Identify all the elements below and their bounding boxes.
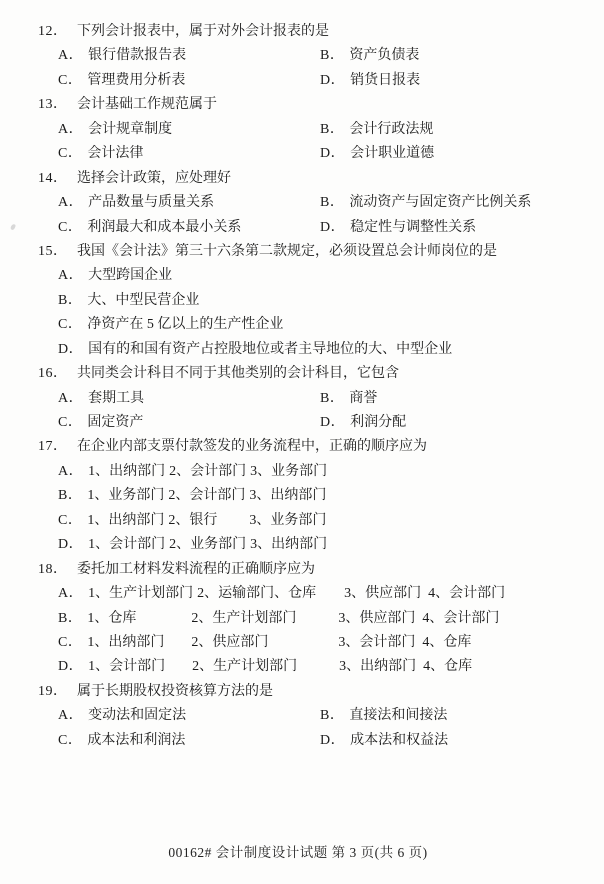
option-label: C． bbox=[58, 220, 82, 235]
option-text: 利润最大和成本最小关系 bbox=[87, 220, 241, 235]
option-row: C．净资产在 5 亿以上的生产性企业 bbox=[0, 313, 604, 337]
question-options: A．会计规章制度B．会计行政法规C．会计法律D．会计职业道德 bbox=[0, 118, 604, 167]
option-text: 成本法和权益法 bbox=[350, 733, 448, 748]
option-segment: 3、业务部门 bbox=[250, 460, 327, 484]
option-label: B． bbox=[320, 391, 344, 406]
option: B．商誉 bbox=[320, 387, 377, 411]
option-segment: 1、出纳部门 bbox=[88, 460, 165, 484]
option-label: A． bbox=[58, 48, 83, 63]
option-segment: 2、业务部门 bbox=[169, 533, 246, 557]
option: A．大型跨国企业 bbox=[58, 264, 172, 288]
question-12: 12． 下列会计报表中，属于对外会计报表的是 A．银行借款报告表B．资产负债表C… bbox=[0, 20, 604, 93]
option: A．1、出纳部门2、会计部门3、业务部门 bbox=[58, 460, 331, 484]
option-row: C．成本法和利润法D．成本法和权益法 bbox=[0, 729, 604, 753]
option: C．固定资产 bbox=[58, 411, 320, 435]
question-number: 12． bbox=[38, 24, 68, 39]
option-row: C．会计法律D．会计职业道德 bbox=[0, 142, 604, 166]
question-stem: 在企业内部支票付款签发的业务流程中，正确的顺序应为 bbox=[77, 439, 427, 454]
option-text: 成本法和利润法 bbox=[87, 733, 185, 748]
option-segment: 1、会计部门 bbox=[88, 533, 165, 557]
question-stem-line: 13． 会计基础工作规范属于 bbox=[0, 93, 604, 117]
option-row: A．变动法和固定法B．直接法和间接法 bbox=[0, 704, 604, 728]
option-segment: 3、供应部门 bbox=[338, 607, 418, 631]
question-number: 16． bbox=[38, 366, 68, 381]
option-segment: 3、会计部门 bbox=[338, 631, 418, 655]
question-18: 18． 委托加工材料发料流程的正确顺序应为 A．1、生产计划部门2、运输部门、仓… bbox=[0, 558, 604, 680]
option: D．成本法和权益法 bbox=[320, 729, 448, 753]
option-text: 销货日报表 bbox=[350, 73, 420, 88]
option-row: A．1、生产计划部门2、运输部门、仓库3、供应部门4、会计部门 bbox=[0, 582, 604, 606]
option-row: D．1、会计部门2、生产计划部门3、出纳部门4、仓库 bbox=[0, 655, 604, 679]
option: C．利润最大和成本最小关系 bbox=[58, 216, 320, 240]
question-stem: 属于长期股权投资核算方法的是 bbox=[77, 684, 273, 699]
option-text: 套期工具 bbox=[88, 391, 144, 406]
option-label: C． bbox=[58, 733, 82, 748]
option-row: D．1、会计部门2、业务部门3、出纳部门 bbox=[0, 533, 604, 557]
option-label: B． bbox=[320, 122, 344, 137]
option-label: B． bbox=[320, 708, 344, 723]
option-row: B．大、中型民营企业 bbox=[0, 289, 604, 313]
option: B．资产负债表 bbox=[320, 44, 419, 68]
option: A．会计规章制度 bbox=[58, 118, 320, 142]
question-14: 14． 选择会计政策，应处理好 A．产品数量与质量关系B．流动资产与固定资产比例… bbox=[0, 167, 604, 240]
question-stem: 共同类会计科目不同于其他类别的会计科目，它包含 bbox=[77, 366, 399, 381]
option: B．直接法和间接法 bbox=[320, 704, 447, 728]
question-17: 17． 在企业内部支票付款签发的业务流程中，正确的顺序应为 A．1、出纳部门2、… bbox=[0, 435, 604, 557]
option: A．产品数量与质量关系 bbox=[58, 191, 320, 215]
option-row: C．固定资产D．利润分配 bbox=[0, 411, 604, 435]
option-text: 大型跨国企业 bbox=[88, 268, 172, 283]
question-number: 13． bbox=[38, 97, 68, 112]
question-options: A．产品数量与质量关系B．流动资产与固定资产比例关系C．利润最大和成本最小关系D… bbox=[0, 191, 604, 240]
option-text: 管理费用分析表 bbox=[87, 73, 185, 88]
option-row: C．1、出纳部门2、供应部门3、会计部门4、仓库 bbox=[0, 631, 604, 655]
option-label: B． bbox=[58, 611, 82, 626]
exam-page: 12． 下列会计报表中，属于对外会计报表的是 A．银行借款报告表B．资产负债表C… bbox=[0, 0, 604, 884]
option: B．大、中型民营企业 bbox=[58, 289, 199, 313]
question-options: A．1、生产计划部门2、运输部门、仓库3、供应部门4、会计部门B．1、仓库2、生… bbox=[0, 582, 604, 680]
option-segment: 1、生产计划部门 bbox=[88, 582, 193, 606]
option: C．管理费用分析表 bbox=[58, 69, 320, 93]
question-number: 19． bbox=[38, 684, 68, 699]
option-row: B．1、仓库2、生产计划部门3、供应部门4、会计部门 bbox=[0, 607, 604, 631]
option: B．1、业务部门2、会计部门3、出纳部门 bbox=[58, 484, 330, 508]
option-label: B． bbox=[320, 195, 344, 210]
option-segment: 4、会计部门 bbox=[428, 582, 505, 606]
question-stem-line: 18． 委托加工材料发料流程的正确顺序应为 bbox=[0, 558, 604, 582]
page-footer: 00162# 会计制度设计试题 第 3 页(共 6 页) bbox=[0, 841, 596, 861]
option: B．流动资产与固定资产比例关系 bbox=[320, 191, 531, 215]
question-15: 15． 我国《会计法》第三十六条第二款规定，必须设置总会计师岗位的是 A．大型跨… bbox=[0, 240, 604, 362]
option: B．1、仓库2、生产计划部门3、供应部门4、会计部门 bbox=[58, 607, 503, 631]
option-segment: 1、会计部门 bbox=[88, 655, 188, 679]
option-text: 银行借款报告表 bbox=[88, 48, 186, 63]
option-label: D． bbox=[320, 220, 345, 235]
option: C．净资产在 5 亿以上的生产性企业 bbox=[58, 313, 283, 337]
question-stem-line: 16． 共同类会计科目不同于其他类别的会计科目，它包含 bbox=[0, 362, 604, 386]
question-number: 15． bbox=[38, 244, 68, 259]
option-segment: 2、生产计划部门 bbox=[192, 655, 335, 679]
question-13: 13． 会计基础工作规范属于 A．会计规章制度B．会计行政法规C．会计法律D．会… bbox=[0, 93, 604, 166]
option-row: A．会计规章制度B．会计行政法规 bbox=[0, 118, 604, 142]
option-label: A． bbox=[58, 122, 83, 137]
option: B．会计行政法规 bbox=[320, 118, 433, 142]
option-text: 国有的和国有资产占控股地位或者主导地位的大、中型企业 bbox=[88, 342, 452, 357]
option: D．销货日报表 bbox=[320, 69, 420, 93]
option-segment: 2、生产计划部门 bbox=[191, 607, 334, 631]
question-number: 17． bbox=[38, 439, 68, 454]
question-options: A．大型跨国企业B．大、中型民营企业C．净资产在 5 亿以上的生产性企业D．国有… bbox=[0, 264, 604, 362]
option-segment: 4、仓库 bbox=[422, 631, 471, 655]
option: D．1、会计部门2、业务部门3、出纳部门 bbox=[58, 533, 331, 557]
option-text: 会计行政法规 bbox=[349, 122, 433, 137]
option-segment: 2、会计部门 bbox=[168, 484, 245, 508]
question-19: 19． 属于长期股权投资核算方法的是 A．变动法和固定法B．直接法和间接法C．成… bbox=[0, 680, 604, 753]
option-text: 固定资产 bbox=[87, 415, 143, 430]
option-row: A．1、出纳部门2、会计部门3、业务部门 bbox=[0, 460, 604, 484]
option-text: 会计规章制度 bbox=[88, 122, 172, 137]
option-label: C． bbox=[58, 513, 82, 528]
question-options: A．银行借款报告表B．资产负债表C．管理费用分析表D．销货日报表 bbox=[0, 44, 604, 93]
option-segment: 1、业务部门 bbox=[87, 484, 164, 508]
option-row: A．大型跨国企业 bbox=[0, 264, 604, 288]
option-row: C．管理费用分析表D．销货日报表 bbox=[0, 69, 604, 93]
option-label: A． bbox=[58, 391, 83, 406]
option: D．会计职业道德 bbox=[320, 142, 434, 166]
option-label: B． bbox=[58, 293, 82, 308]
option-label: D． bbox=[58, 537, 83, 552]
option-label: C． bbox=[58, 73, 82, 88]
option-segment: 2、运输部门、仓库 bbox=[197, 582, 340, 606]
option-label: A． bbox=[58, 708, 83, 723]
option-text: 会计法律 bbox=[87, 146, 143, 161]
option-segment: 3、出纳部门 bbox=[339, 655, 419, 679]
question-stem: 会计基础工作规范属于 bbox=[77, 97, 217, 112]
question-stem: 下列会计报表中，属于对外会计报表的是 bbox=[77, 24, 329, 39]
option: A．1、生产计划部门2、运输部门、仓库3、供应部门4、会计部门 bbox=[58, 582, 509, 606]
option: D．1、会计部门2、生产计划部门3、出纳部门4、仓库 bbox=[58, 655, 476, 679]
option: A．变动法和固定法 bbox=[58, 704, 320, 728]
option-row: B．1、业务部门2、会计部门3、出纳部门 bbox=[0, 484, 604, 508]
question-stem-line: 12． 下列会计报表中，属于对外会计报表的是 bbox=[0, 20, 604, 44]
option-label: A． bbox=[58, 268, 83, 283]
option: D．利润分配 bbox=[320, 411, 406, 435]
option-text: 会计职业道德 bbox=[350, 146, 434, 161]
option-segment: 3、业务部门 bbox=[249, 509, 326, 533]
option-label: D． bbox=[58, 342, 83, 357]
option-segment: 1、仓库 bbox=[87, 607, 187, 631]
option-label: B． bbox=[58, 488, 82, 503]
option-text: 变动法和固定法 bbox=[88, 708, 186, 723]
question-stem-line: 14． 选择会计政策，应处理好 bbox=[0, 167, 604, 191]
option-label: A． bbox=[58, 195, 83, 210]
option-segment: 3、供应部门 bbox=[344, 582, 424, 606]
option-segment: 3、出纳部门 bbox=[249, 484, 326, 508]
option-text: 利润分配 bbox=[350, 415, 406, 430]
option-text: 流动资产与固定资产比例关系 bbox=[349, 195, 531, 210]
option-text: 商誉 bbox=[349, 391, 377, 406]
question-stem: 选择会计政策，应处理好 bbox=[77, 171, 231, 186]
option-label: D． bbox=[320, 146, 345, 161]
question-stem: 委托加工材料发料流程的正确顺序应为 bbox=[77, 562, 315, 577]
question-list: 12． 下列会计报表中，属于对外会计报表的是 A．银行借款报告表B．资产负债表C… bbox=[0, 20, 604, 753]
option-text: 稳定性与调整性关系 bbox=[350, 220, 476, 235]
option-segment: 4、仓库 bbox=[423, 655, 472, 679]
option-segment: 3、出纳部门 bbox=[250, 533, 327, 557]
option-label: C． bbox=[58, 146, 82, 161]
option-label: C． bbox=[58, 635, 82, 650]
option-label: D． bbox=[320, 73, 345, 88]
option-label: D． bbox=[320, 733, 345, 748]
option-row: A．套期工具B．商誉 bbox=[0, 387, 604, 411]
option-label: A． bbox=[58, 586, 83, 601]
option-row: A．产品数量与质量关系B．流动资产与固定资产比例关系 bbox=[0, 191, 604, 215]
option-label: D． bbox=[320, 415, 345, 430]
option-text: 资产负债表 bbox=[349, 48, 419, 63]
question-stem-line: 15． 我国《会计法》第三十六条第二款规定，必须设置总会计师岗位的是 bbox=[0, 240, 604, 264]
option-segment: 2、银行 bbox=[168, 509, 245, 533]
option: A．银行借款报告表 bbox=[58, 44, 320, 68]
question-stem-line: 17． 在企业内部支票付款签发的业务流程中，正确的顺序应为 bbox=[0, 435, 604, 459]
option-label: B． bbox=[320, 48, 344, 63]
option: D．国有的和国有资产占控股地位或者主导地位的大、中型企业 bbox=[58, 338, 452, 362]
question-stem: 我国《会计法》第三十六条第二款规定，必须设置总会计师岗位的是 bbox=[77, 244, 497, 259]
option-label: D． bbox=[58, 659, 83, 674]
option-text: 净资产在 5 亿以上的生产性企业 bbox=[87, 317, 283, 332]
option-segment: 1、出纳部门 bbox=[87, 631, 187, 655]
question-options: A．套期工具B．商誉C．固定资产D．利润分配 bbox=[0, 387, 604, 436]
option-text: 大、中型民营企业 bbox=[87, 293, 199, 308]
option-segment: 2、会计部门 bbox=[169, 460, 246, 484]
question-16: 16． 共同类会计科目不同于其他类别的会计科目，它包含 A．套期工具B．商誉C．… bbox=[0, 362, 604, 435]
option-segment: 2、供应部门 bbox=[191, 631, 334, 655]
option-label: C． bbox=[58, 317, 82, 332]
option: C．会计法律 bbox=[58, 142, 320, 166]
option-row: C．利润最大和成本最小关系D．稳定性与调整性关系 bbox=[0, 216, 604, 240]
option-row: A．银行借款报告表B．资产负债表 bbox=[0, 44, 604, 68]
option: C．1、出纳部门2、银行3、业务部门 bbox=[58, 509, 330, 533]
option-label: A． bbox=[58, 464, 83, 479]
option-label: C． bbox=[58, 415, 82, 430]
option: C．成本法和利润法 bbox=[58, 729, 320, 753]
question-number: 18． bbox=[38, 562, 68, 577]
option: A．套期工具 bbox=[58, 387, 320, 411]
option-row: D．国有的和国有资产占控股地位或者主导地位的大、中型企业 bbox=[0, 338, 604, 362]
question-number: 14． bbox=[38, 171, 68, 186]
option-text: 直接法和间接法 bbox=[349, 708, 447, 723]
option-segment: 1、出纳部门 bbox=[87, 509, 164, 533]
option-segment: 4、会计部门 bbox=[422, 607, 499, 631]
question-options: A．变动法和固定法B．直接法和间接法C．成本法和利润法D．成本法和权益法 bbox=[0, 704, 604, 753]
option-row: C．1、出纳部门2、银行3、业务部门 bbox=[0, 509, 604, 533]
option: C．1、出纳部门2、供应部门3、会计部门4、仓库 bbox=[58, 631, 475, 655]
question-options: A．1、出纳部门2、会计部门3、业务部门B．1、业务部门2、会计部门3、出纳部门… bbox=[0, 460, 604, 558]
option-text: 产品数量与质量关系 bbox=[88, 195, 214, 210]
question-stem-line: 19． 属于长期股权投资核算方法的是 bbox=[0, 680, 604, 704]
option: D．稳定性与调整性关系 bbox=[320, 216, 476, 240]
